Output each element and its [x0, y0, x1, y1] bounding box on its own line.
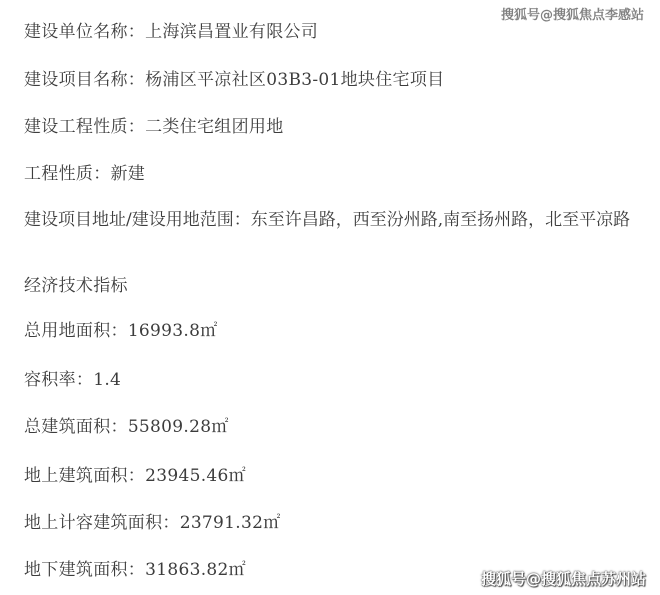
indicator-value: 1.4 [93, 370, 121, 390]
info-label: 建设单位名称： [24, 22, 145, 42]
info-line-engineering-nature: 工程性质：新建 [24, 163, 145, 185]
indicator-plot-ratio: 容积率：1.4 [24, 369, 121, 391]
info-line-developer: 建设单位名称：上海滨昌置业有限公司 [24, 21, 318, 43]
info-value: 杨浦区平凉社区03B3-01地块住宅项目 [145, 70, 444, 90]
indicator-label: 地上建筑面积： [24, 466, 145, 486]
indicator-total-land-area: 总用地面积：16993.8㎡ [24, 320, 218, 342]
info-label: 建设项目地址/建设用地范围： [24, 210, 251, 230]
watermark-top: 搜狐号@搜狐焦点李感站 [501, 4, 644, 23]
indicator-value: 55809.28㎡ [128, 417, 229, 437]
indicators-heading: 经济技术指标 [24, 275, 128, 297]
info-value: 二类住宅组团用地 [145, 117, 283, 137]
indicator-value: 31863.82㎡ [145, 560, 246, 580]
indicator-underground-area: 地下建筑面积：31863.82㎡ [24, 559, 246, 581]
document-page: 搜狐号@搜狐焦点李感站 建设单位名称：上海滨昌置业有限公司 建设项目名称：杨浦区… [0, 0, 660, 595]
info-label: 建设工程性质： [24, 117, 145, 137]
indicator-value: 23791.32㎡ [180, 513, 281, 533]
indicator-label: 地上计容建筑面积： [24, 513, 180, 533]
watermark-bottom: 搜狐号@搜狐焦点苏州站 [481, 568, 646, 589]
indicator-label: 地下建筑面积： [24, 560, 145, 580]
indicator-label: 总建筑面积： [24, 417, 128, 437]
info-value: 新建 [111, 164, 146, 184]
info-label: 工程性质： [24, 164, 111, 184]
indicator-label: 容积率： [24, 370, 93, 390]
indicator-label: 总用地面积： [24, 321, 128, 341]
info-label: 建设项目名称： [24, 70, 145, 90]
info-value: 东至许昌路，西至汾州路,南至扬州路，北至平凉路 [251, 210, 630, 230]
indicator-value: 23945.46㎡ [145, 466, 246, 486]
info-value: 上海滨昌置业有限公司 [145, 22, 318, 42]
indicator-above-ground-far-area: 地上计容建筑面积：23791.32㎡ [24, 512, 281, 534]
info-line-address: 建设项目地址/建设用地范围：东至许昌路，西至汾州路,南至扬州路，北至平凉路 [24, 209, 630, 231]
indicator-above-ground-area: 地上建筑面积：23945.46㎡ [24, 465, 246, 487]
indicator-total-floor-area: 总建筑面积：55809.28㎡ [24, 416, 229, 438]
info-line-construction-nature: 建设工程性质：二类住宅组团用地 [24, 116, 284, 138]
info-line-project-name: 建设项目名称：杨浦区平凉社区03B3-01地块住宅项目 [24, 69, 444, 91]
indicator-value: 16993.8㎡ [128, 321, 218, 341]
